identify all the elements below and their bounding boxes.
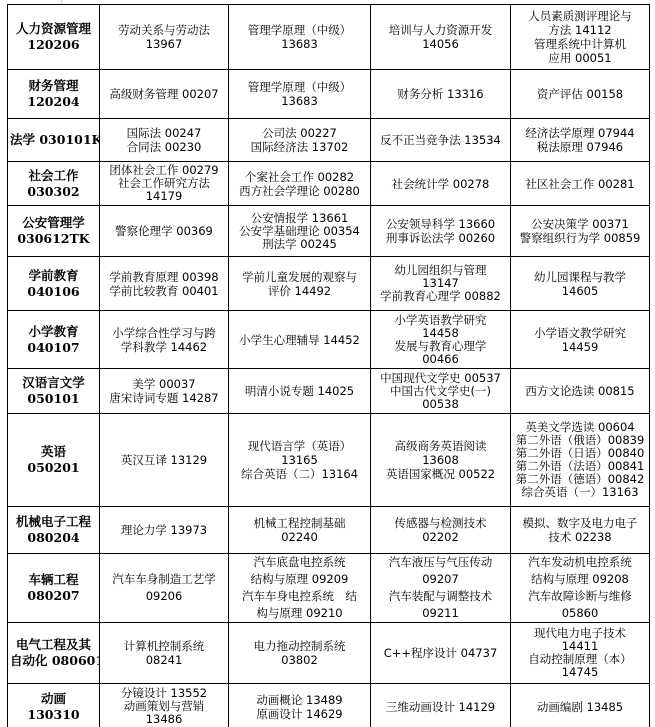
course-line: 中国现代文学史 00537	[373, 372, 508, 385]
course-line: 计算机控制系统	[102, 639, 226, 653]
course-cell: 团体社会工作 00279 社会工作研究方法 14179	[100, 162, 229, 206]
course-cell: C++程序设计 04737	[371, 623, 511, 684]
course-line: 14458	[373, 327, 508, 340]
course-line: 劳动关系与劳动法	[102, 23, 226, 37]
course-line: 小学英语教学研究	[373, 314, 508, 327]
major-code: 050101	[10, 391, 97, 407]
course-line: 人员素质测评理论与	[513, 9, 647, 23]
course-line: 经济法学原理 07944	[513, 126, 647, 140]
major-code: 040107	[10, 340, 97, 356]
course-line: 英语国家概况 00522	[373, 467, 508, 481]
course-cell: 社会统计学 00278	[371, 162, 511, 206]
course-line: 公安学基础理论 00354	[231, 225, 368, 238]
course-cell: 公司法 00227 国际经济法 13702	[229, 119, 371, 162]
course-line: 构与原理 09210	[231, 605, 368, 622]
course-line: 管理系统中计算机	[513, 37, 647, 51]
table-row: 法学 030101K 国际法 00247 合同法 00230 公司法 00227…	[8, 119, 650, 162]
course-line: 00466	[373, 353, 508, 366]
course-cell: 模拟、数字及电力电子 技术 02238	[511, 507, 650, 554]
course-cell: 中国现代文学史 00537 中国古代文学史(一) 00538	[371, 369, 511, 414]
course-cell: 美学 00037 唐宋诗词专题 14287	[100, 369, 229, 414]
course-cell: 培训与人力资源开发 14056	[371, 5, 511, 70]
course-cell: 人员素质测评理论与 方法 14112 管理系统中计算机 应用 00051	[511, 5, 650, 70]
major-name: 电气工程及其	[10, 637, 97, 653]
course-line: 财务分析 13316	[373, 87, 508, 101]
major-cell: 电气工程及其 自动化 080601	[8, 623, 100, 684]
table-row: 社会工作 030302 团体社会工作 00279 社会工作研究方法 14179 …	[8, 162, 650, 206]
course-line: 西方文论选读 00815	[513, 384, 647, 398]
major-course-table: 人力资源管理 120206 劳动关系与劳动法 13967 管理学原理（中级） 1…	[7, 4, 650, 727]
course-line: 13683	[231, 94, 368, 108]
course-line: 02240	[231, 530, 368, 544]
course-line: 13608	[373, 453, 508, 467]
course-line: 培训与人力资源开发	[373, 23, 508, 37]
course-line: 09211	[373, 605, 508, 622]
table-row: 汉语言文学 050101 美学 00037 唐宋诗词专题 14287 明清小说专…	[8, 369, 650, 414]
major-cell: 学前教育 040106	[8, 257, 100, 311]
course-line: 电力拖动控制系统	[231, 639, 368, 653]
course-line: 14179	[102, 190, 226, 203]
course-line: 结构与原理 09209	[231, 571, 368, 588]
course-line: 结构与原理 09208	[513, 571, 647, 588]
course-cell: 理论力学 13973	[100, 507, 229, 554]
major-name: 英语	[10, 444, 97, 460]
course-cell: 英汉互译 13129	[100, 414, 229, 507]
course-line: 汽车液压与气压传动	[373, 554, 508, 571]
course-cell: 汽车发动机电控系统 结构与原理 09208 汽车故障诊断与维修 05860	[511, 554, 650, 623]
course-cell: 英美文学选读 00604 第二外语（俄语）00839 第二外语（日语）00840…	[511, 414, 650, 507]
major-name: 人力资源管理	[10, 21, 97, 37]
table-row: 学前教育 040106 学前教育原理 00398 学前比较教育 00401 学前…	[8, 257, 650, 311]
course-line: 13683	[231, 37, 368, 51]
course-line: 05860	[513, 605, 647, 622]
course-line: 唐宋诗词专题 14287	[102, 391, 226, 405]
major-name: 汉语言文学	[10, 375, 97, 391]
course-line: 14056	[373, 37, 508, 51]
course-line: 高级财务管理 00207	[102, 87, 226, 101]
course-line: 14605	[513, 284, 647, 298]
course-line: 13165	[231, 453, 368, 467]
course-line: 动画概论 13489	[231, 693, 368, 707]
table-row: 英语 050201 英汉互译 13129 现代语言学（英语） 13165 综合英…	[8, 414, 650, 507]
course-line: 刑事诉讼法学 00260	[373, 231, 508, 245]
course-line: 公安情报学 13661	[231, 212, 368, 225]
major-cell: 英语 050201	[8, 414, 100, 507]
course-line: 社区社会工作 00281	[513, 177, 647, 191]
course-cell: 明清小说专题 14025	[229, 369, 371, 414]
course-line: C++程序设计 04737	[373, 646, 508, 660]
course-cell: 现代电力电子技术 14411 自动控制原理（本） 14745	[511, 623, 650, 684]
major-cell: 公安管理学 030612TK	[8, 206, 100, 257]
course-line: 综合英语（一）13163	[513, 486, 647, 499]
course-line: 社会统计学 00278	[373, 177, 508, 191]
course-cell: 三维动画设计 14129	[371, 684, 511, 727]
course-cell: 动画编剧 13485	[511, 684, 650, 727]
major-code: 080207	[10, 588, 97, 604]
major-cell: 小学教育 040107	[8, 311, 100, 369]
course-cell: 公安领导科学 13660 刑事诉讼法学 00260	[371, 206, 511, 257]
course-line: 三维动画设计 14129	[373, 700, 508, 714]
course-cell: 学前儿童发展的观察与 评价 14492	[229, 257, 371, 311]
course-cell: 幼儿园组织与管理 13147 学前教育心理学 00882	[371, 257, 511, 311]
course-cell: 汽车底盘电控系统 结构与原理 09209 汽车车身电控系统 结 构与原理 092…	[229, 554, 371, 623]
course-line: 原画设计 14629	[231, 707, 368, 721]
course-line: 幼儿园课程与教学	[513, 270, 647, 284]
course-line: 汽车发动机电控系统	[513, 554, 647, 571]
course-line: 高级商务英语阅读	[373, 439, 508, 453]
course-line: 发展与教育心理学	[373, 340, 508, 353]
major-name: 车辆工程	[10, 572, 97, 588]
course-cell: 社区社会工作 00281	[511, 162, 650, 206]
course-line: 02202	[373, 530, 508, 544]
course-line: 英汉互译 13129	[102, 453, 226, 467]
course-cell: 西方文论选读 00815	[511, 369, 650, 414]
major-code: 自动化 080601	[10, 653, 97, 669]
course-line: 技术 02238	[513, 530, 647, 544]
course-line: 警察伦理学 00369	[102, 224, 226, 238]
course-cell: 经济法学原理 07944 税法原理 07946	[511, 119, 650, 162]
course-line: 明清小说专题 14025	[231, 384, 368, 398]
major-name: 财务管理	[10, 78, 97, 94]
major-name: 公安管理学	[10, 215, 97, 231]
course-line: 学前儿童发展的观察与	[231, 270, 368, 284]
course-cell: 计算机控制系统 08241	[100, 623, 229, 684]
course-line: 刑法学 00245	[231, 238, 368, 251]
course-cell: 分镜设计 13552 动画策划与营销 13486	[100, 684, 229, 727]
course-line: 国际法 00247	[102, 126, 226, 140]
course-line: 西方社会学理论 00280	[231, 184, 368, 198]
major-cell: 法学 030101K	[8, 119, 100, 162]
course-line: 汽车车身制造工艺学	[102, 571, 226, 588]
major-cell: 车辆工程 080207	[8, 554, 100, 623]
course-line: 模拟、数字及电力电子	[513, 516, 647, 530]
course-line: 公司法 00227	[231, 126, 368, 140]
course-cell: 管理学原理（中级） 13683	[229, 5, 371, 70]
table-row: 人力资源管理 120206 劳动关系与劳动法 13967 管理学原理（中级） 1…	[8, 5, 650, 70]
table-row: 财务管理 120204 高级财务管理 00207 管理学原理（中级） 13683…	[8, 70, 650, 119]
course-line: 综合英语（二）13164	[231, 467, 368, 481]
course-cell: 电力拖动控制系统 03802	[229, 623, 371, 684]
table-row: 小学教育 040107 小学综合性学习与跨 学科教学 14462 小学生心理辅导…	[8, 311, 650, 369]
course-line: 小学综合性学习与跨	[102, 326, 226, 340]
major-name: 学前教育	[10, 268, 97, 284]
course-cell: 高级商务英语阅读 13608 英语国家概况 00522	[371, 414, 511, 507]
major-name: 小学教育	[10, 324, 97, 340]
major-code: 030302	[10, 184, 97, 200]
course-line: 13486	[102, 713, 226, 726]
major-code: 050201	[10, 460, 97, 476]
table-row: 公安管理学 030612TK 警察伦理学 00369 公安情报学 13661 公…	[8, 206, 650, 257]
course-line: 中国古代文学史(一)	[373, 385, 508, 398]
course-cell: 高级财务管理 00207	[100, 70, 229, 119]
major-code: 120204	[10, 94, 97, 110]
course-line: 动画编剧 13485	[513, 700, 647, 714]
course-line: 传感器与检测技术	[373, 516, 508, 530]
course-cell: 传感器与检测技术 02202	[371, 507, 511, 554]
course-cell: 小学综合性学习与跨 学科教学 14462	[100, 311, 229, 369]
course-line: 反不正当竞争法 13534	[373, 133, 508, 147]
course-line: 汽车装配与调整技术	[373, 588, 508, 605]
course-line: 学前教育原理 00398	[102, 270, 226, 284]
course-cell: 现代语言学（英语） 13165 综合英语（二）13164	[229, 414, 371, 507]
course-line: 学科教学 14462	[102, 340, 226, 354]
major-code: 120206	[10, 37, 97, 53]
course-cell: 幼儿园课程与教学 14605	[511, 257, 650, 311]
course-line: 08241	[102, 653, 226, 667]
course-cell: 公安决策学 00371 警察组织行为学 00859	[511, 206, 650, 257]
course-line: 小学生心理辅导 14452	[231, 333, 368, 347]
major-name: 动画	[10, 691, 97, 707]
major-name: 法学 030101K	[10, 132, 97, 148]
table-row: 动画 130310 分镜设计 13552 动画策划与营销 13486 动画概论 …	[8, 684, 650, 727]
course-line: 理论力学 13973	[102, 523, 226, 537]
major-cell: 财务管理 120204	[8, 70, 100, 119]
table-row: 电气工程及其 自动化 080601 计算机控制系统 08241 电力拖动控制系统…	[8, 623, 650, 684]
major-code: 130310	[10, 707, 97, 723]
course-cell: 汽车车身制造工艺学 09206	[100, 554, 229, 623]
course-line: 机械工程控制基础	[231, 516, 368, 530]
major-name: 机械电子工程	[10, 514, 97, 530]
course-line: 税法原理 07946	[513, 140, 647, 154]
course-cell: 个案社会工作 00282 西方社会学理论 00280	[229, 162, 371, 206]
major-cell: 机械电子工程 080204	[8, 507, 100, 554]
course-line: 学前教育心理学 00882	[373, 290, 508, 303]
course-line: 公安领导科学 13660	[373, 217, 508, 231]
course-cell: 小学语文教学研究 14459	[511, 311, 650, 369]
table-row: 车辆工程 080207 汽车车身制造工艺学 09206 汽车底盘电控系统 结构与…	[8, 554, 650, 623]
major-code: 080204	[10, 530, 97, 546]
major-code: 040106	[10, 284, 97, 300]
course-line: 资产评估 00158	[513, 87, 647, 101]
course-line: 汽车底盘电控系统	[231, 554, 368, 571]
course-line: 小学语文教学研究	[513, 326, 647, 340]
course-line: 14459	[513, 340, 647, 354]
table-row: 机械电子工程 080204 理论力学 13973 机械工程控制基础 02240 …	[8, 507, 650, 554]
course-line: 14745	[513, 666, 647, 679]
course-line: 应用 00051	[513, 51, 647, 65]
course-cell: 小学英语教学研究 14458 发展与教育心理学 00466	[371, 311, 511, 369]
course-line: 国际经济法 13702	[231, 140, 368, 154]
course-cell: 机械工程控制基础 02240	[229, 507, 371, 554]
course-cell: 国际法 00247 合同法 00230	[100, 119, 229, 162]
course-line: 管理学原理（中级）	[231, 23, 368, 37]
course-cell: 劳动关系与劳动法 13967	[100, 5, 229, 70]
course-line: 09207	[373, 571, 508, 588]
course-cell: 警察伦理学 00369	[100, 206, 229, 257]
course-cell: 管理学原理（中级） 13683	[229, 70, 371, 119]
course-line: 管理学原理（中级）	[231, 80, 368, 94]
course-line: 警察组织行为学 00859	[513, 231, 647, 245]
major-cell: 社会工作 030302	[8, 162, 100, 206]
course-line: 03802	[231, 653, 368, 667]
course-line: 学前比较教育 00401	[102, 284, 226, 298]
course-line: 00538	[373, 398, 508, 411]
course-cell: 公安情报学 13661 公安学基础理论 00354 刑法学 00245	[229, 206, 371, 257]
course-line: 09206	[102, 588, 226, 605]
course-line: 汽车车身电控系统 结	[231, 588, 368, 605]
course-line: 13967	[102, 37, 226, 51]
course-cell: 动画概论 13489 原画设计 14629	[229, 684, 371, 727]
major-cell: 动画 130310	[8, 684, 100, 727]
course-line: 合同法 00230	[102, 140, 226, 154]
course-cell: 财务分析 13316	[371, 70, 511, 119]
major-cell: 人力资源管理 120206	[8, 5, 100, 70]
course-line: 现代语言学（英语）	[231, 439, 368, 453]
course-line: 汽车故障诊断与维修	[513, 588, 647, 605]
course-cell: 汽车液压与气压传动 09207 汽车装配与调整技术 09211	[371, 554, 511, 623]
course-cell: 小学生心理辅导 14452	[229, 311, 371, 369]
course-line: 公安决策学 00371	[513, 217, 647, 231]
course-cell: 学前教育原理 00398 学前比较教育 00401	[100, 257, 229, 311]
major-code: 030612TK	[10, 231, 97, 247]
course-line: 个案社会工作 00282	[231, 170, 368, 184]
major-cell: 汉语言文学 050101	[8, 369, 100, 414]
major-name: 社会工作	[10, 168, 97, 184]
course-line: 方法 14112	[513, 23, 647, 37]
course-cell: 资产评估 00158	[511, 70, 650, 119]
course-line: 评价 14492	[231, 284, 368, 298]
course-cell: 反不正当竞争法 13534	[371, 119, 511, 162]
course-line: 美学 00037	[102, 377, 226, 391]
